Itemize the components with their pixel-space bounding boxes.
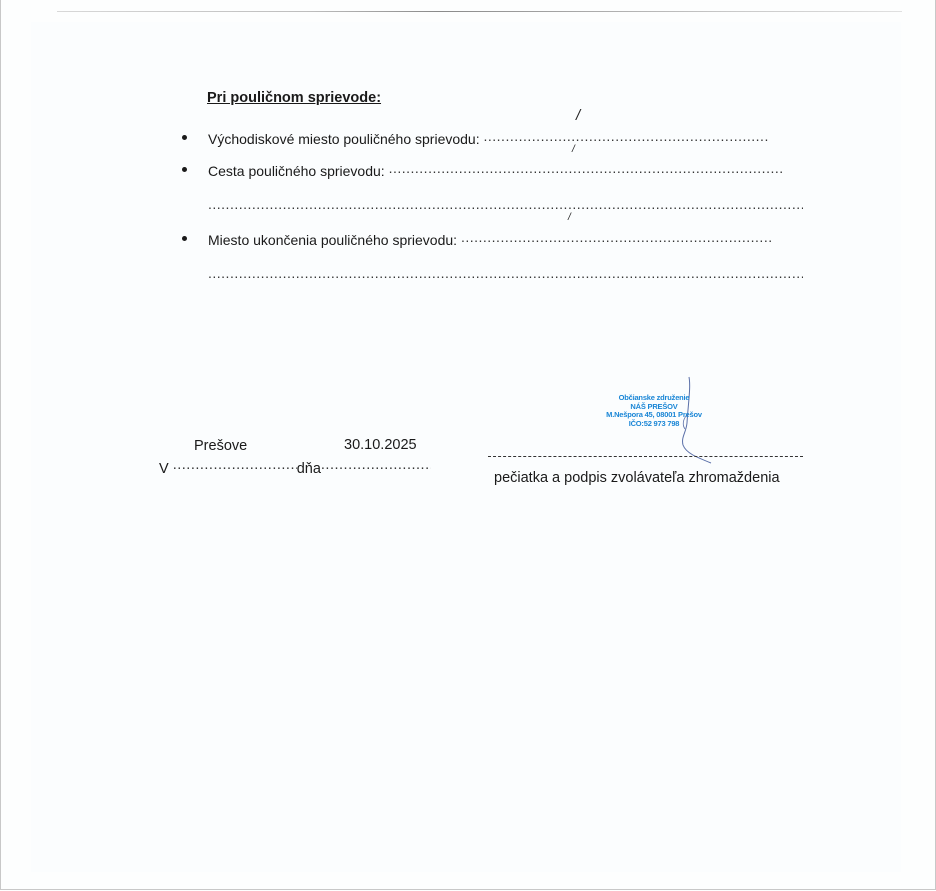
field-route-continued: ........................................… [208,196,803,215]
pen-mark: / [568,212,571,223]
handwritten-date: 30.10.2025 [344,437,417,453]
field-label: Východiskové miesto pouličného sprievodu… [208,131,480,147]
fill-line[interactable]: ........................................… [389,160,782,176]
handwritten-place: Prešove [194,438,247,454]
stamp-line: IČO:52 973 798 [589,420,719,429]
organization-stamp: Občianske združenie NÁŠ PREŠOV M.Nešpora… [589,394,719,428]
field-label: Cesta pouličného sprievodu: [208,163,385,179]
field-route: Cesta pouličného sprievodu: ............… [208,160,782,179]
place-fill-line[interactable]: ........................................… [173,457,297,473]
pen-mark: / [576,107,580,124]
signature-caption: pečiatka a podpis zvolávateľa zhromažden… [494,470,780,486]
pen-mark: / [572,144,575,155]
place-date-line: V ......................................… [159,457,431,477]
date-fill-line[interactable]: ........................................… [321,457,431,473]
document-page: Pri pouličnom sprievode: / Východiskové … [0,0,936,890]
field-starting-point: Východiskové miesto pouličného sprievodu… [208,128,769,147]
signature-line[interactable] [488,456,803,457]
bullet-icon [182,135,187,140]
date-label: dňa [297,461,321,477]
bullet-icon [182,236,187,241]
fill-line[interactable]: ........................................… [484,128,769,144]
fill-line[interactable]: ........................................… [461,229,773,245]
fill-line[interactable]: ........................................… [208,196,803,212]
bullet-icon [182,167,187,172]
fill-line[interactable]: ........................................… [208,265,803,281]
field-end-point-continued: ........................................… [208,265,803,284]
place-prefix: V [159,461,169,477]
top-rule [57,11,902,12]
scan-background [31,22,901,872]
section-heading: Pri pouličnom sprievode: [207,90,381,106]
field-end-point: Miesto ukončenia pouličného sprievodu: .… [208,229,773,248]
field-label: Miesto ukončenia pouličného sprievodu: [208,232,457,248]
